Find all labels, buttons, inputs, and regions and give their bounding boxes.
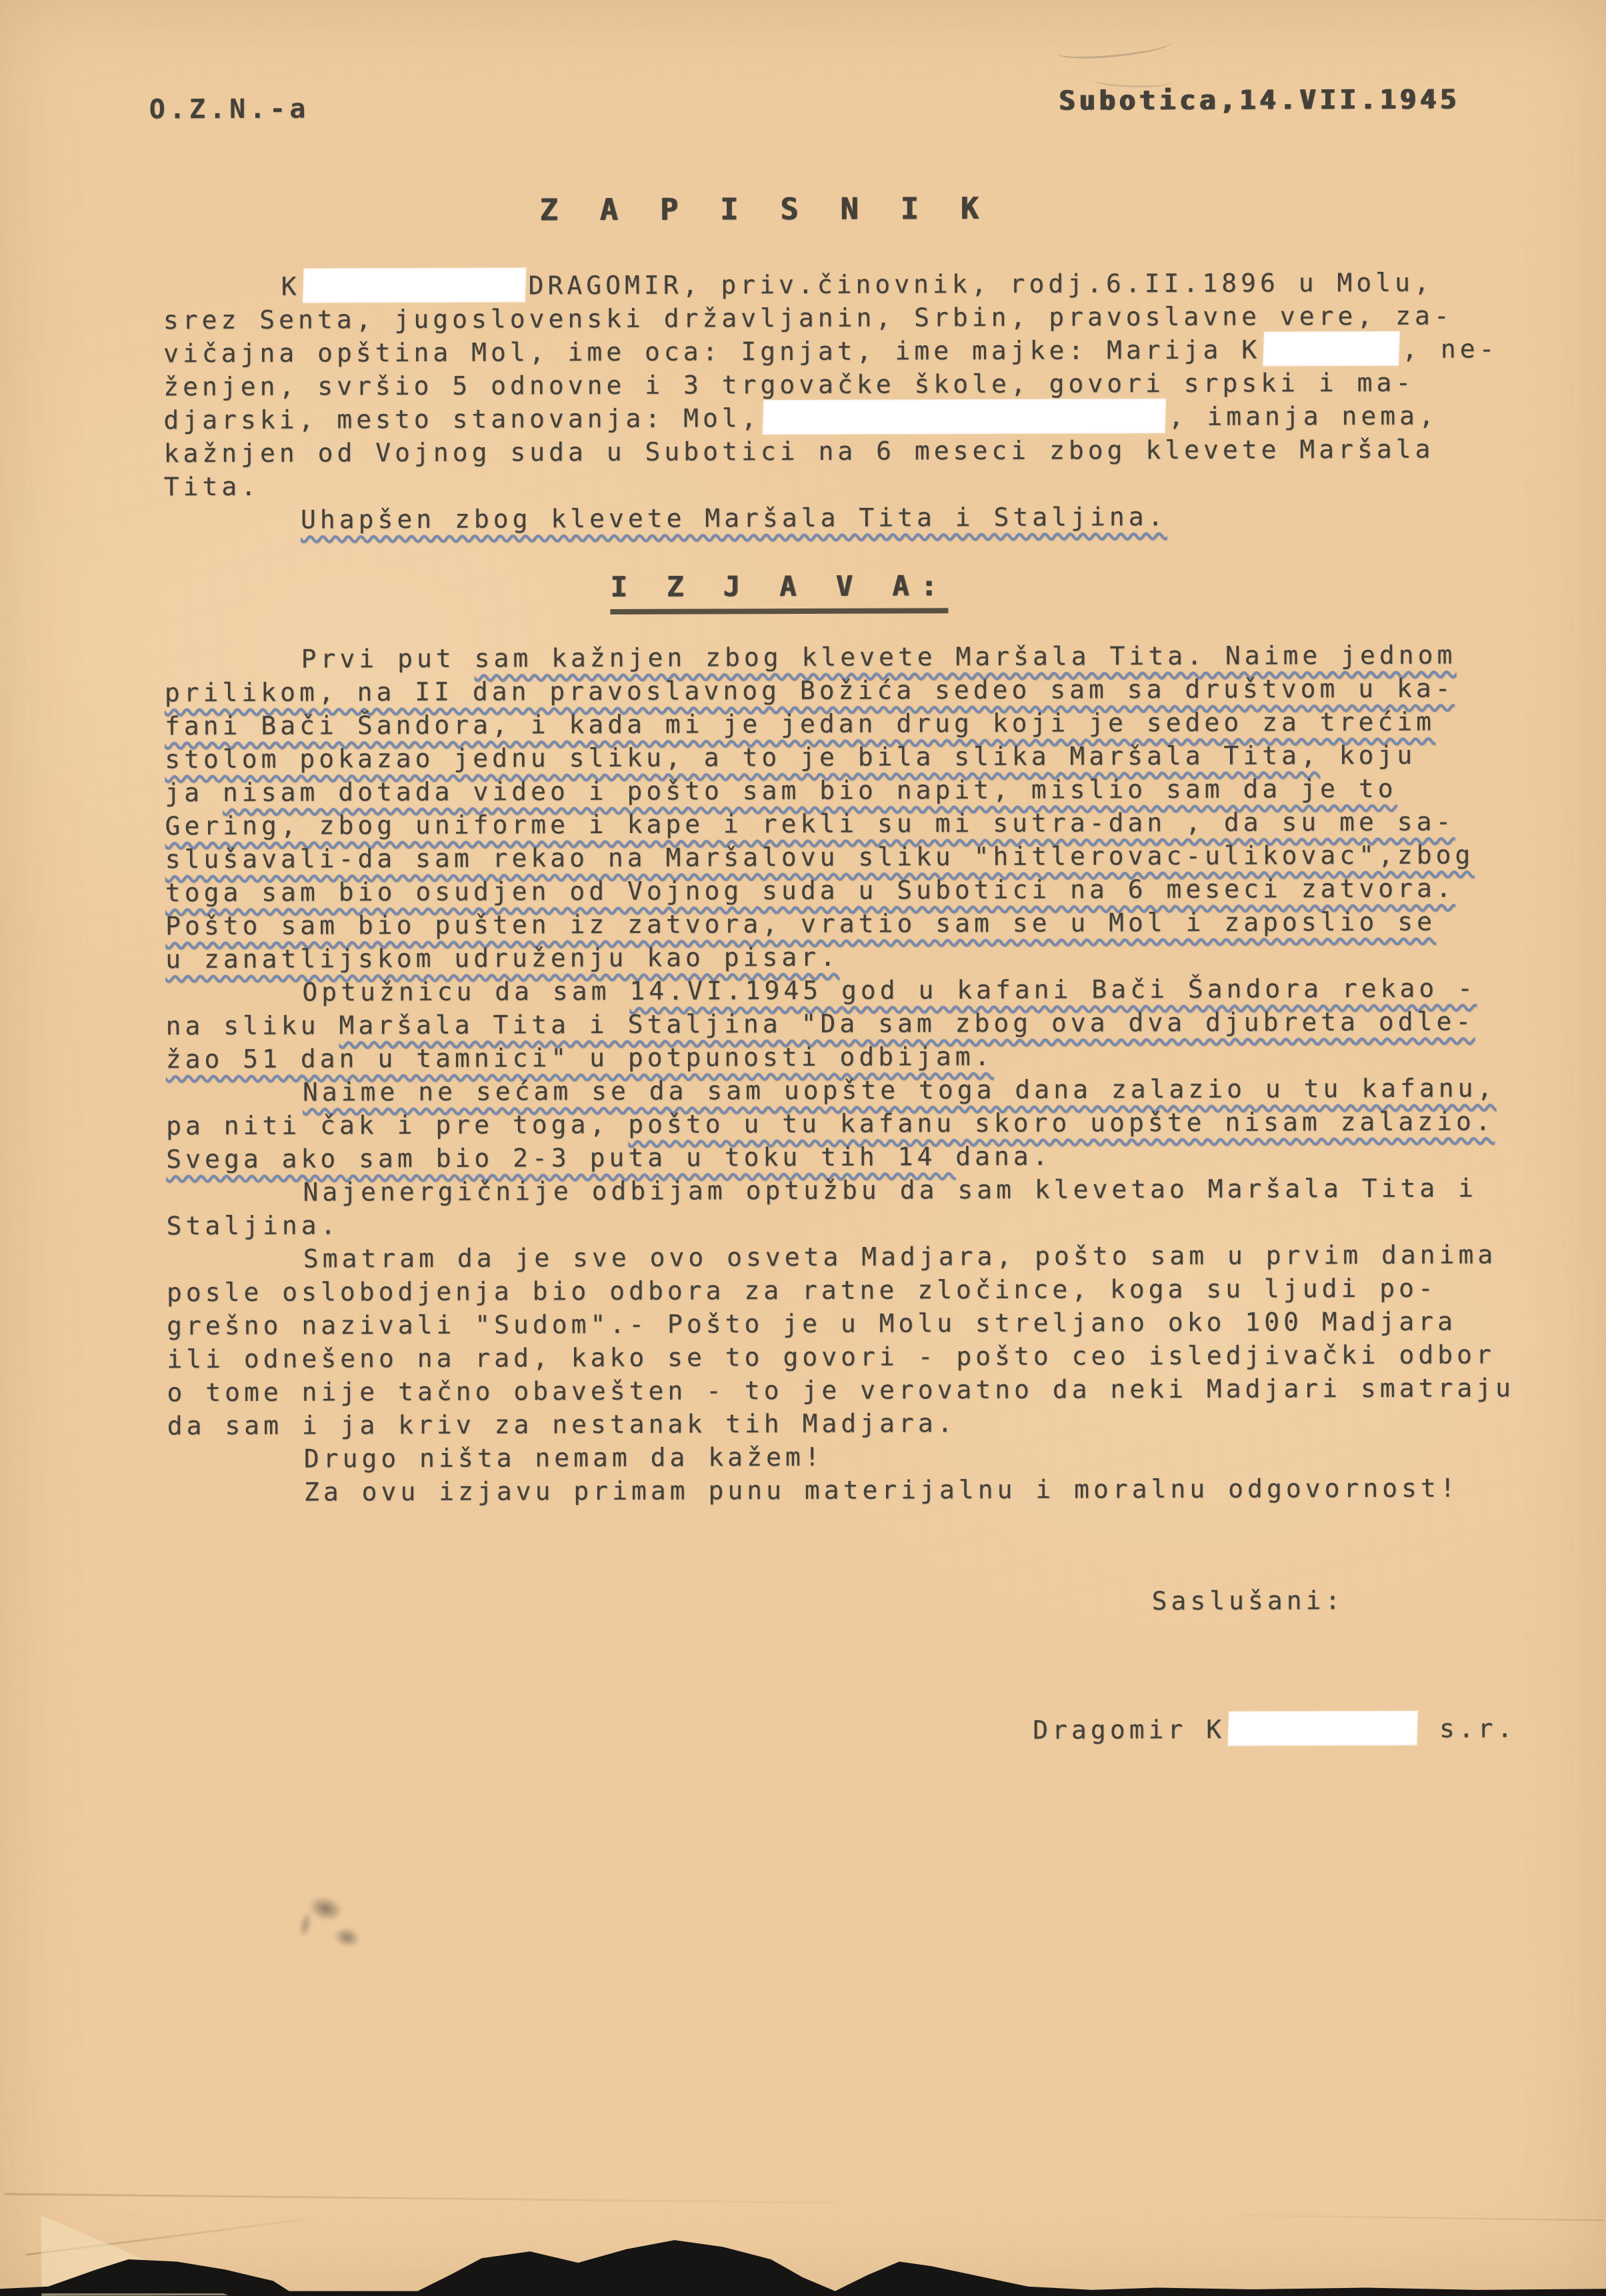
document-line: Uhapšen zbog klevete Maršala Tita i Stal… <box>164 499 1584 537</box>
text-segment: u zanatlijskom udruženju kao pisar. <box>165 942 839 974</box>
text-segment: toga sam bio osudjen od Vojnog suda u Su… <box>165 874 1455 908</box>
document-title: Z A P I S N I K <box>539 191 991 227</box>
text-segment: da sam i ja kriv za nestanak tih Madjara… <box>167 1408 957 1440</box>
text-segment: Svega ako sam bio 2-3 puta u toku tih 14 <box>166 1142 955 1174</box>
text-segment: ili odnešeno na rad, kako se to govori -… <box>167 1340 1495 1374</box>
dateline: Subotica,14.VII.1945 <box>1059 85 1460 117</box>
document-line: Optužnicu da sam 14.VI.1945 god u kafani… <box>165 971 1585 1009</box>
text-segment: prilikom, na II dan pravoslavnog Božića … <box>165 674 1455 708</box>
document-line: fani Bači Šandora, i kada mi je jedan dr… <box>165 704 1585 742</box>
document-line: djarski, mesto stanovanja: Mol,, imanja … <box>163 399 1583 437</box>
text-segment: Drugo ništa nemam da kažem! <box>304 1442 824 1474</box>
text-segment: pošto u tu kafanu skoro uopšte nisam zal… <box>628 1106 1495 1139</box>
text-segment: Prvi put <box>301 644 475 674</box>
text-segment: o tome nije tačno obavešten - to je vero… <box>167 1373 1515 1407</box>
text-segment: posle oslobodjenja bio odbora za ratne z… <box>167 1274 1437 1308</box>
text-segment: fani Bači Šandora, i kada mi je jedan dr… <box>165 707 1435 741</box>
text-segment: Naime ne sećam se da sam uopšte toga dan… <box>303 1073 1497 1106</box>
text-segment: stolom pokazao jednu sliku, a to je bila… <box>165 740 1320 774</box>
paper-crease <box>5 2193 838 2203</box>
document-line: srez Senta, jugoslovenski državljanin, S… <box>163 299 1583 337</box>
document-line: stolom pokazao jednu sliku, a to je bila… <box>165 738 1585 776</box>
witness-label: Saslušani: <box>1152 1586 1345 1616</box>
document-line: Najenergičnije odbijam optužbu da sam kl… <box>166 1171 1586 1209</box>
document-line: ili odnešeno na rad, kako se to govori -… <box>167 1338 1587 1376</box>
document-line: žao 51 dan u tamnici" u potpunosti odbij… <box>166 1038 1586 1076</box>
document-line: posle oslobodjenja bio odbora za ratne z… <box>167 1271 1587 1309</box>
intro-paragraph: KDRAGOMIR, priv.činovnik, rodj.6.II.1896… <box>163 265 1584 537</box>
text-segment: K <box>281 272 301 301</box>
text-segment: ženjen, svršio 5 odnovne i 3 trgovačke š… <box>163 368 1415 402</box>
document-line: Svega ako sam bio 2-3 puta u toku tih 14… <box>166 1138 1586 1176</box>
document-line: prilikom, na II dan pravoslavnog Božića … <box>165 671 1585 709</box>
agency-label: O.Z.N.-a <box>149 94 310 125</box>
document-line: kažnjen od Vojnog suda u Subotici na 6 m… <box>163 432 1583 470</box>
text-segment: srez Senta, jugoslovenski državljanin, S… <box>163 301 1453 335</box>
document-page: O.Z.N.-a Subotica,14.VII.1945 Z A P I S … <box>0 0 1606 2293</box>
document-line: Staljina. <box>167 1204 1587 1242</box>
document-line: slušavali-da sam rekao na Maršalovu slik… <box>165 838 1585 876</box>
document-line: ja nisam dotada video i pošto sam bio na… <box>165 771 1585 809</box>
statement-heading: I Z J A V A: <box>610 569 949 614</box>
document-line: ženjen, svršio 5 odnovne i 3 trgovačke š… <box>163 365 1583 403</box>
document-line: KDRAGOMIR, priv.činovnik, rodj.6.II.1896… <box>163 265 1583 303</box>
document-line: Drugo ništa nemam da kažem! <box>167 1438 1587 1476</box>
text-segment: kažnjen od Vojnog suda u Subotici na 6 m… <box>163 435 1434 469</box>
text-segment: DRAGOMIR, priv.činovnik, rodj.6.II.1896 … <box>529 268 1433 301</box>
redaction-box <box>1229 1712 1417 1745</box>
statement-body: Prvi put sam kažnjen zbog klevete Maršal… <box>165 638 1588 1509</box>
scanned-content: O.Z.N.-a Subotica,14.VII.1945 Z A P I S … <box>0 0 1606 2293</box>
text-segment: Najenergičnije odbijam optužbu da sam kl… <box>303 1173 1477 1206</box>
document-line: Prvi put sam kažnjen zbog klevete Maršal… <box>165 638 1585 676</box>
text-segment: Gering, zbog uniforme i kape i rekli su … <box>165 807 1455 841</box>
text-segment: 14.VI.1945 god u kafani Bači Šandora rek… <box>629 973 1477 1005</box>
text-segment: na sliku <box>165 1010 339 1040</box>
document-line: Za ovu izjavu primam punu materijalnu i … <box>167 1471 1587 1509</box>
document-line: pa niti čak i pre toga, pošto u tu kafan… <box>166 1104 1586 1142</box>
text-segment: Smatram da je sve ovo osveta Madjara, po… <box>303 1240 1497 1273</box>
document-line: Smatram da je sve ovo osveta Madjara, po… <box>167 1238 1587 1276</box>
text-segment: grešno nazivali "Sudom".- Pošto je u Mol… <box>167 1307 1457 1341</box>
redaction-box <box>764 400 1165 433</box>
text-segment: Maršala Tita i Staljina "Da sam zbog ova… <box>339 1006 1475 1040</box>
document-line: Naime ne sećam se da sam uopšte toga dan… <box>166 1071 1586 1109</box>
document-line: da sam i ja kriv za nestanak tih Madjara… <box>167 1404 1587 1442</box>
text-segment: , ne- <box>1402 334 1499 364</box>
document-line: Pošto sam bio pušten iz zatvora, vratio … <box>165 904 1585 942</box>
signature-line: Dragomir K s.r. <box>1033 1712 1516 1745</box>
ink-smudge <box>283 1877 382 1959</box>
text-segment: Staljina. <box>167 1210 340 1240</box>
document-line: toga sam bio osudjen od Vojnog suda u Su… <box>165 871 1585 909</box>
signature-suffix: s.r. <box>1420 1714 1517 1743</box>
text-segment: žao 51 dan u tamnici" u potpunosti odbij… <box>166 1042 994 1074</box>
pencil-scribble <box>1057 33 1175 61</box>
text-segment: Za ovu izjavu primam punu materijalnu i … <box>304 1474 1459 1507</box>
document-line: o tome nije tačno obavešten - to je vero… <box>167 1371 1587 1409</box>
text-segment: , imanja nema, <box>1169 401 1438 431</box>
text-segment: dana. <box>955 1142 1052 1172</box>
paper-crease <box>1245 2215 1605 2221</box>
document-line: na sliku Maršala Tita i Staljina "Da sam… <box>165 1004 1585 1042</box>
text-segment: Optužnicu da sam <box>302 976 629 1007</box>
document-line: vičajna opština Mol, ime oca: Ignjat, im… <box>163 332 1583 370</box>
text-segment: Tita. <box>164 472 261 502</box>
text-segment: vičajna opština Mol, ime oca: Ignjat, im… <box>163 335 1261 369</box>
document-line: grešno nazivali "Sudom".- Pošto je u Mol… <box>167 1304 1587 1342</box>
text-segment: slušavali-da sam rekao na Maršalovu slik… <box>165 840 1475 874</box>
redaction-box <box>1264 333 1399 365</box>
text-segment: Pošto sam bio pušten iz zatvora, vratio … <box>165 907 1436 941</box>
text-segment: djarski, mesto stanovanja: Mol, <box>163 403 760 435</box>
text-segment: koju <box>1320 740 1417 770</box>
document-line: Tita. <box>164 465 1584 503</box>
text-segment: nisam dotada video i pošto sam bio napit… <box>223 774 1397 807</box>
signature-name-prefix: Dragomir K <box>1033 1715 1225 1745</box>
text-segment: Uhapšen zbog klevete Maršala Tita i Stal… <box>301 502 1167 535</box>
text-segment: ja <box>165 778 223 807</box>
text-segment: sam kažnjen zbog klevete Maršala Tita. N… <box>474 640 1456 673</box>
document-line: u zanatlijskom udruženju kao pisar. <box>165 938 1585 976</box>
redaction-box <box>304 269 525 301</box>
document-line: Gering, zbog uniforme i kape i rekli su … <box>165 804 1585 842</box>
text-segment: pa niti čak i pre toga, <box>166 1110 628 1140</box>
